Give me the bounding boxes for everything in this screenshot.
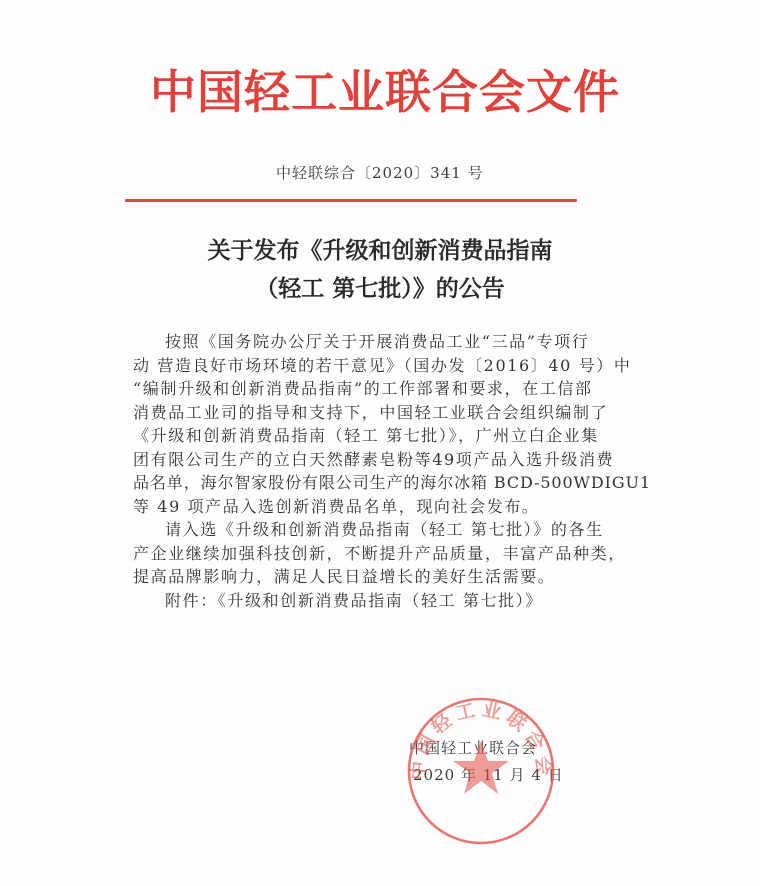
body-line: 动 营造良好市场环境的若干意见》（国办发〔2016〕40 号）中 [133, 354, 633, 378]
body-line: 请入选《升级和创新消费品指南（轻工 第七批）》的各生 [133, 518, 633, 542]
body-line: 消费品工业司的指导和支持下，中国轻工业联合会组织编制了 [133, 401, 633, 425]
signature-date: 2020 年 11 月 4 日 [409, 762, 559, 789]
body-line: 团有限公司生产的立白天然酵素皂粉等49项产品入选升级消费 [133, 448, 633, 472]
body-line: 产企业继续加强科技创新，不断提升产品质量，丰富产品种类， [133, 542, 633, 566]
body-line: 提高品牌影响力，满足人民日益增长的美好生活需要。 [133, 565, 633, 589]
body-line: 品名单，海尔智家股份有限公司生产的海尔冰箱 BCD-500WDIGU1 [133, 471, 633, 495]
document-body: 按照《国务院办公厅关于开展消费品工业“三品”专项行 动 营造良好市场环境的若干意… [133, 330, 633, 612]
red-divider-line [125, 199, 577, 202]
title-line-1: 关于发布《升级和创新消费品指南 [160, 232, 600, 270]
document-page: 中国轻工业联合会文件 中轻联综合〔2020〕341 号 关于发布《升级和创新消费… [0, 0, 760, 886]
signature-organization: 中国轻工业联合会 [409, 735, 559, 762]
body-line: “编制升级和创新消费品指南”的工作部署和要求，在工信部 [133, 377, 633, 401]
document-masthead: 中国轻工业联合会文件 [150, 62, 610, 122]
body-line: 《升级和创新消费品指南（轻工 第七批）》，广州立白企业集 [133, 424, 633, 448]
attachment-line: 附件：《升级和创新消费品指南（轻工 第七批）》 [133, 589, 633, 613]
document-number: 中轻联综合〔2020〕341 号 [276, 162, 506, 184]
signature-block: 中国轻工业联合会 2020 年 11 月 4 日 [409, 735, 559, 789]
body-line: 按照《国务院办公厅关于开展消费品工业“三品”专项行 [133, 330, 633, 354]
body-line: 等 49 项产品入选创新消费品名单，现向社会发布。 [133, 495, 633, 519]
document-title: 关于发布《升级和创新消费品指南 （轻工 第七批）》的公告 [160, 232, 600, 308]
title-line-2: （轻工 第七批）》的公告 [160, 270, 600, 308]
